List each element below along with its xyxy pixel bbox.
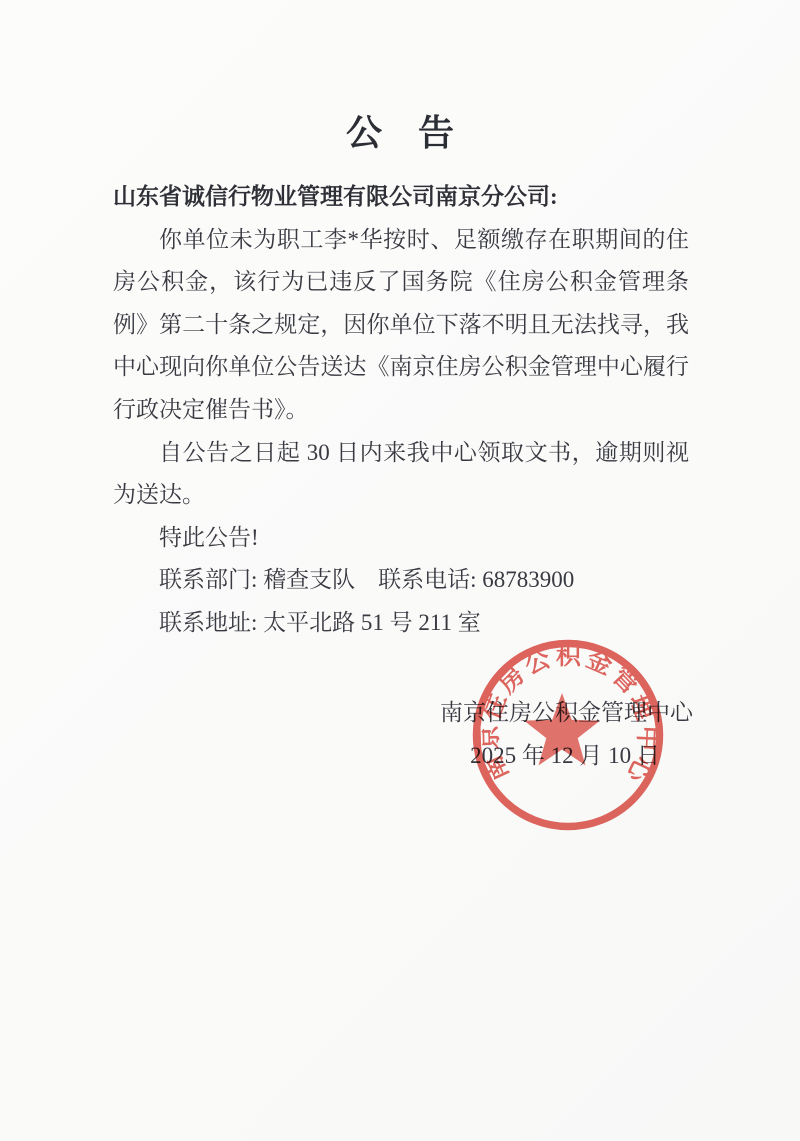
paragraph-deadline: 自公告之日起 30 日内来我中心领取文书，逾期则视为送达。 [113, 432, 689, 517]
recipient-line: 山东省诚信行物业管理有限公司南京分公司: [113, 176, 689, 219]
issue-date: 2025 年 12 月 10 日 [440, 734, 690, 777]
issuer-name: 南京住房公积金管理中心 [440, 691, 690, 734]
contact-address-line: 联系地址: 太平北路 51 号 211 室 [113, 602, 689, 645]
signature-block: 南京住房公积金管理中心 2025 年 12 月 10 日 [440, 691, 690, 777]
paragraph-violation: 你单位未为职工李*华按时、足额缴存在职期间的住房公积金，该行为已违反了国务院《住… [113, 219, 689, 432]
notice-title: 公 告 [0, 110, 800, 156]
notice-body: 山东省诚信行物业管理有限公司南京分公司: 你单位未为职工李*华按时、足额缴存在职… [113, 176, 689, 645]
paragraph-closing: 特此公告! [113, 517, 689, 560]
scanned-notice-page: 公 告 山东省诚信行物业管理有限公司南京分公司: 你单位未为职工李*华按时、足额… [0, 0, 800, 1141]
contact-department-line: 联系部门: 稽查支队 联系电话: 68783900 [113, 559, 689, 602]
